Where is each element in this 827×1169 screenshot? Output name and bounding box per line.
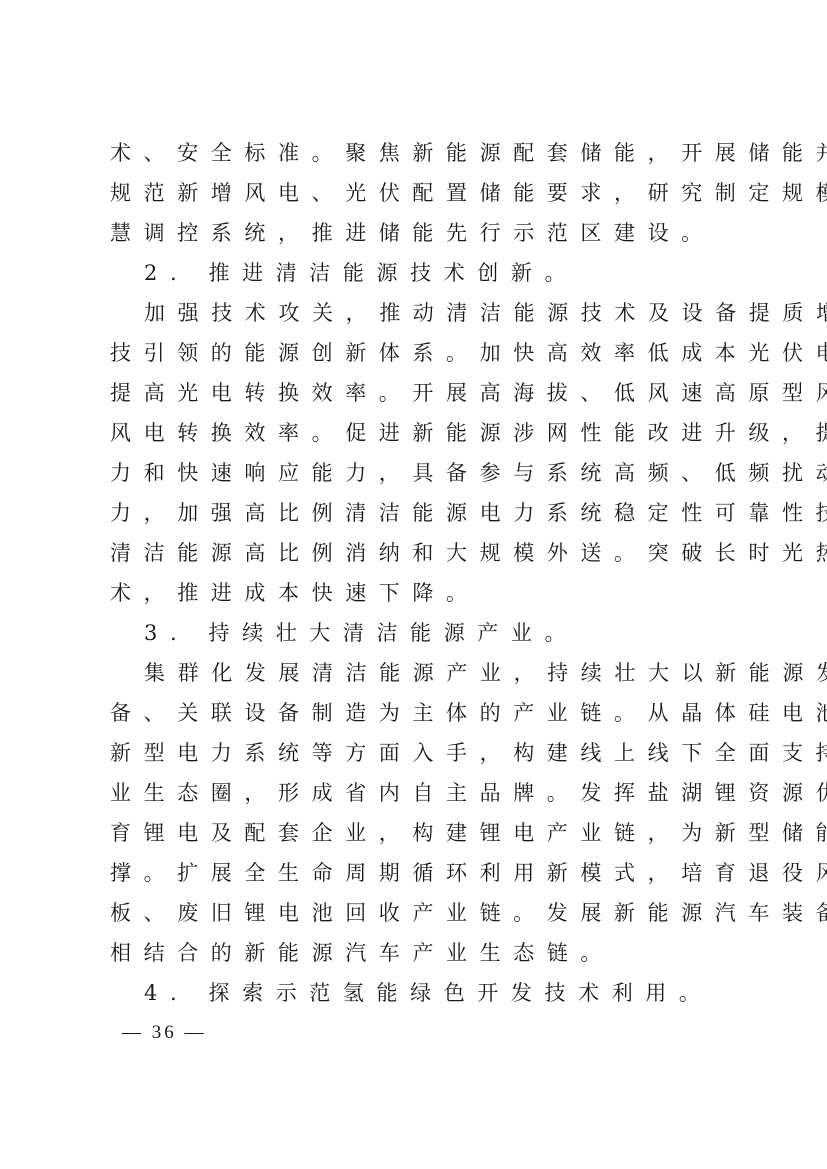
section-heading-3: 3. 持续壮大清洁能源产业。 <box>110 613 722 653</box>
text-line: 慧调控系统，推进储能先行示范区建设。 <box>110 213 722 253</box>
page-number: — 36 — <box>122 1022 207 1044</box>
section-heading-2: 2. 推进清洁能源技术创新。 <box>110 253 722 293</box>
text-line: 新型电力系统等方面入手，构建线上线下全面支持的清洁能源产 <box>110 733 722 773</box>
paragraph-start: 加强技术攻关，推动清洁能源技术及设备提质增效，构建科 <box>110 293 722 333</box>
text-line: 力和快速响应能力，具备参与系统高频、低频扰动快速调整能 <box>110 453 722 493</box>
text-line: 撑。扩展全生命周期循环利用新模式，培育退役风机、光伏电池 <box>110 853 722 893</box>
text-line: 业生态圈，形成省内自主品牌。发挥盐湖锂资源优势，引进并培 <box>110 773 722 813</box>
text-line: 备、关联设备制造为主体的产业链。从晶体硅电池、风力发电、 <box>110 693 722 733</box>
section-heading-4: 4. 探索示范氢能绿色开发技术利用。 <box>110 973 722 1013</box>
text-line: 提高光电转换效率。开展高海拔、低风速高原型风机研究，提升 <box>110 373 722 413</box>
document-body: 术、安全标准。聚焦新能源配套储能，开展储能并网性能研究， 规范新增风电、光伏配置… <box>110 133 722 1013</box>
text-line: 术，推进成本快速下降。 <box>110 573 722 613</box>
text-line: 育锂电及配套企业，构建锂电产业链，为新型储能提供产业支 <box>110 813 722 853</box>
text-line: 清洁能源高比例消纳和大规模外送。突破长时光热发电关键技 <box>110 533 722 573</box>
text-line: 术、安全标准。聚焦新能源配套储能，开展储能并网性能研究， <box>110 133 722 173</box>
text-line: 风电转换效率。促进新能源涉网性能改进升级，提高主动支撑能 <box>110 413 722 453</box>
text-line: 相结合的新能源汽车产业生态链。 <box>110 933 722 973</box>
text-line: 规范新增风电、光伏配置储能要求，研究制定规模化储能集群智 <box>110 173 722 213</box>
text-line: 板、废旧锂电池回收产业链。发展新能源汽车装备制造、充换电 <box>110 893 722 933</box>
text-line: 技引领的能源创新体系。加快高效率低成本光伏电池技术研究， <box>110 333 722 373</box>
text-line: 力，加强高比例清洁能源电力系统稳定性可靠性技术研究，支撑 <box>110 493 722 533</box>
paragraph-start: 集群化发展清洁能源产业，持续壮大以新能源发电成套装 <box>110 653 722 693</box>
